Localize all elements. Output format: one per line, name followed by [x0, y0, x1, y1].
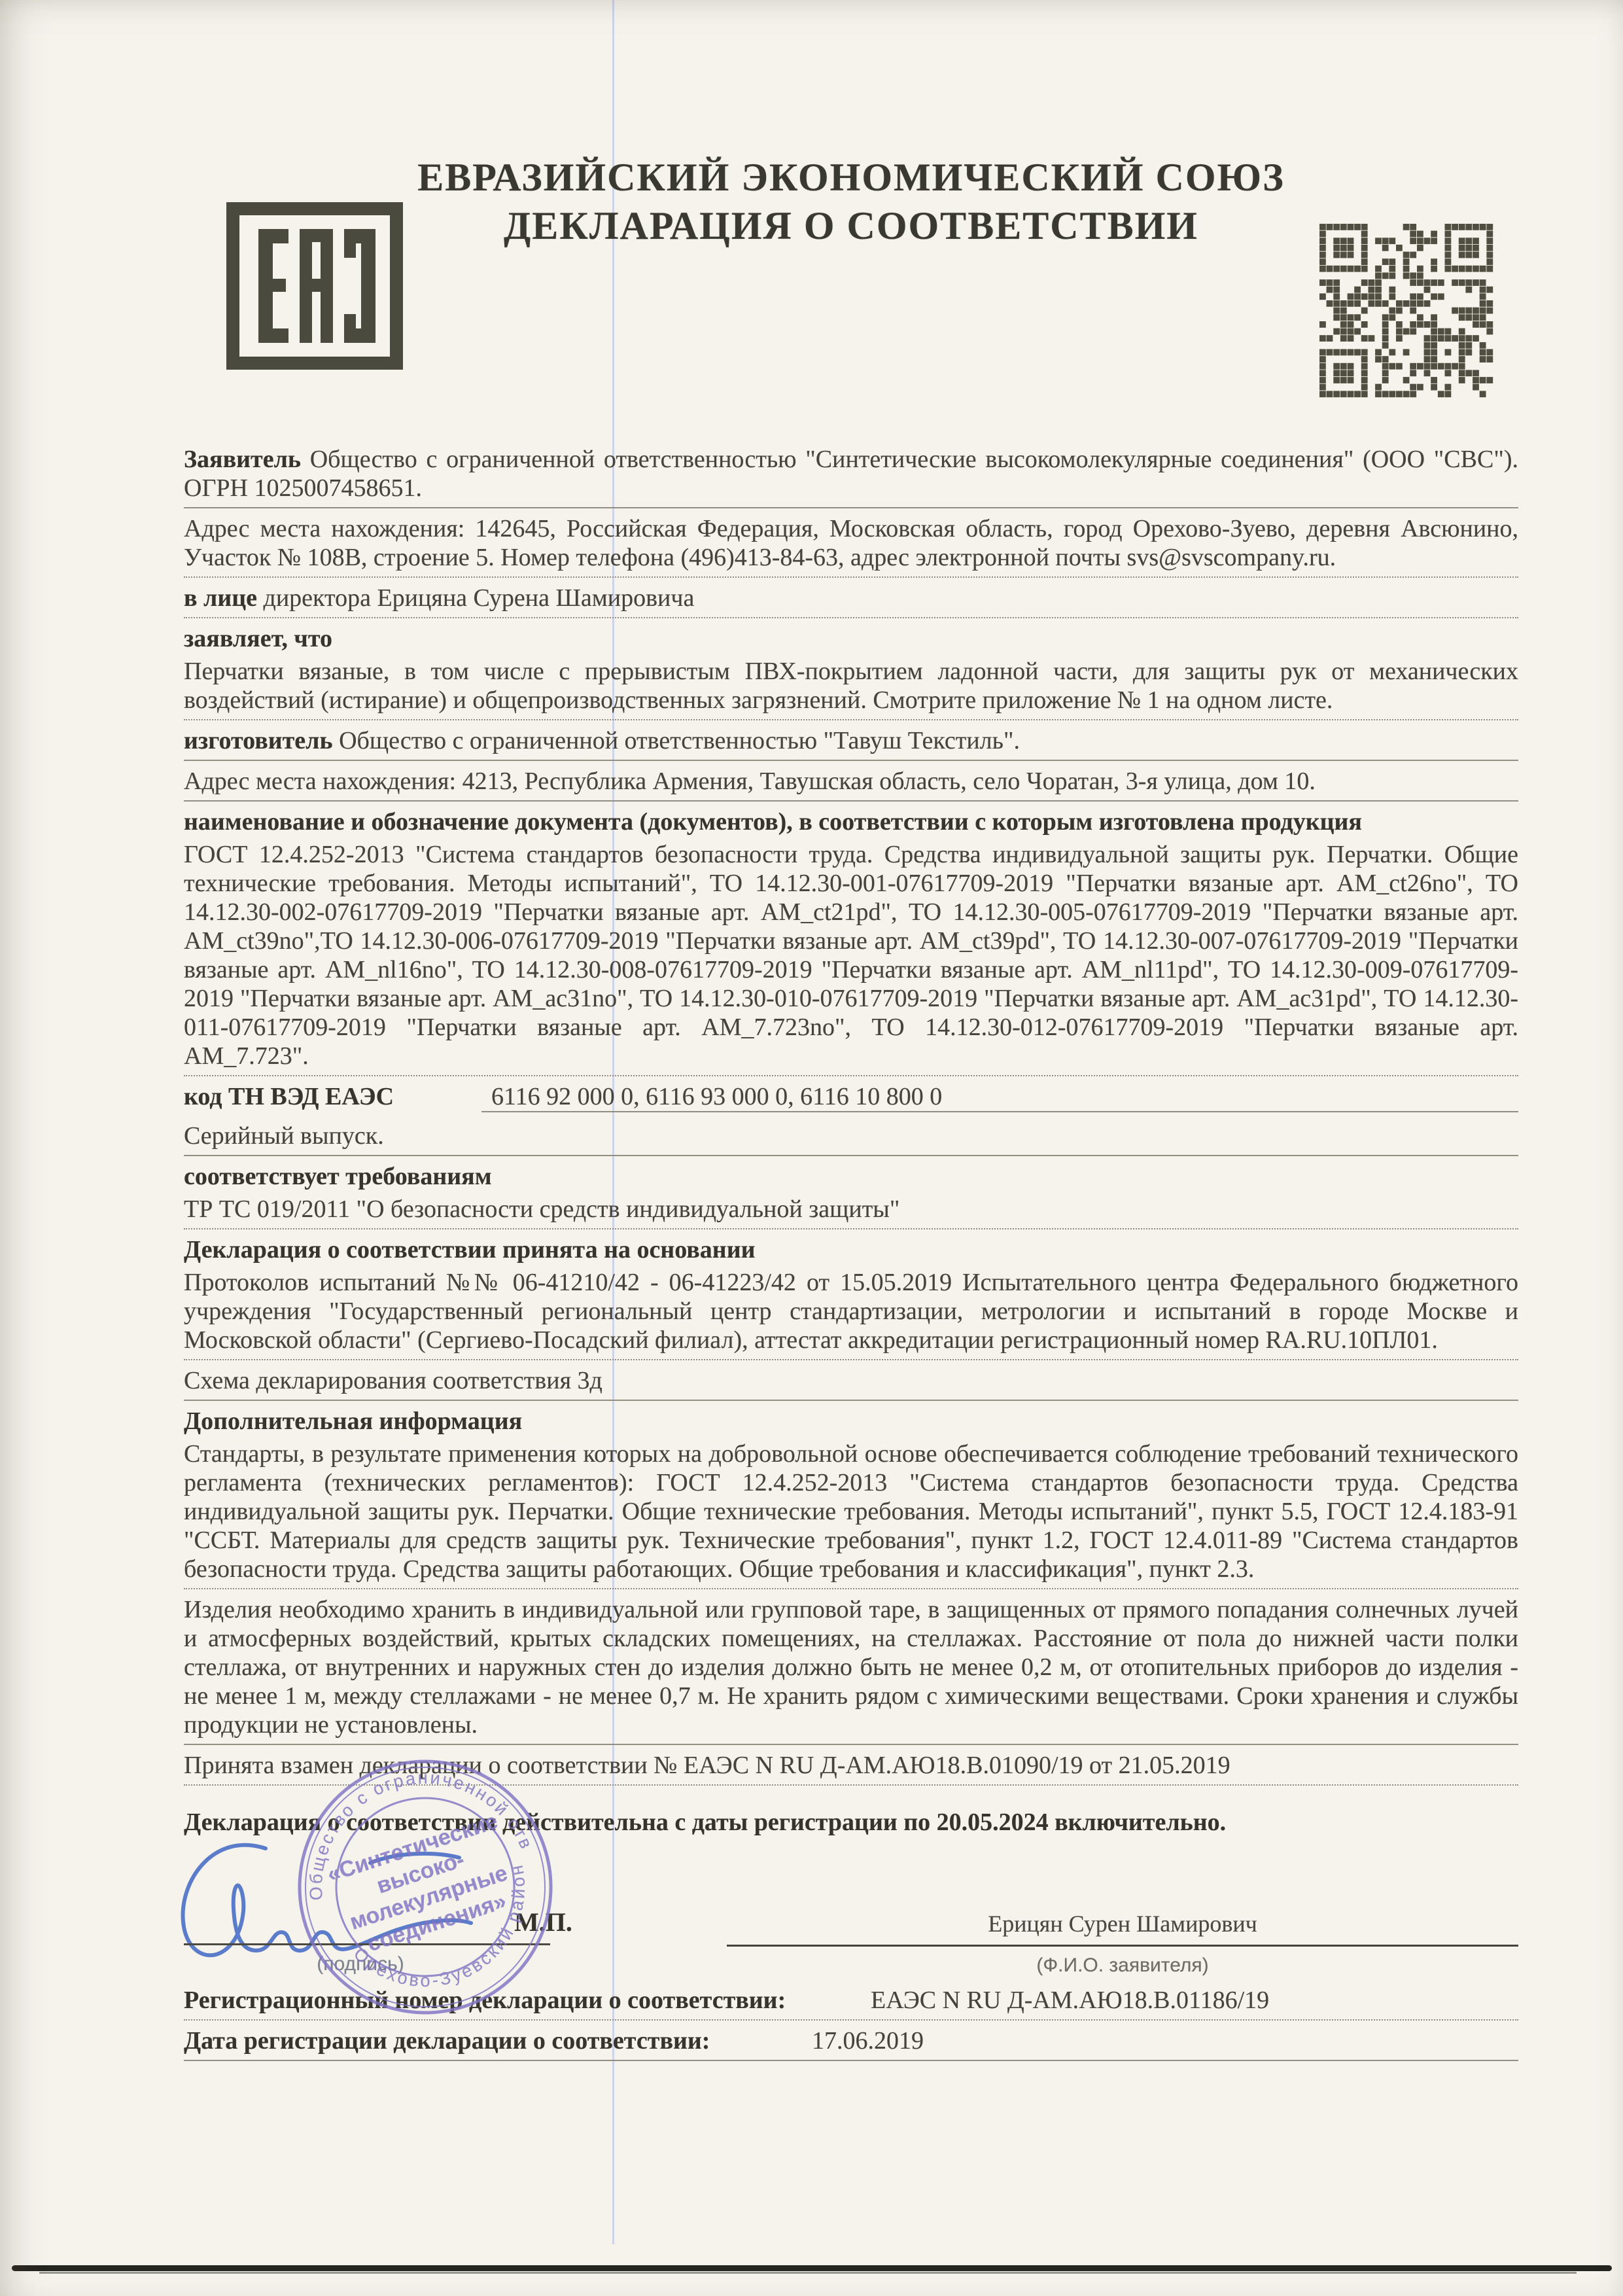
scan-edge-artifact: [12, 2265, 1612, 2271]
tnved-label: код ТН ВЭД ЕАЭС: [184, 1082, 491, 1111]
in-person-label: в лице: [184, 584, 257, 612]
storage-row: Изделия необходимо хранить в индивидуаль…: [184, 1595, 1518, 1745]
additional-header: Дополнительная информация: [184, 1407, 1518, 1437]
registration-number-label: Регистрационный номер декларации о соотв…: [184, 1986, 871, 2015]
signature-caption: (подпись): [262, 1950, 459, 1979]
conforms-text-row: ТР ТС 019/2011 "О безопасности средств и…: [184, 1195, 1518, 1229]
declares-header: заявляет, что: [184, 624, 1518, 654]
tnved-row: код ТН ВЭД ЕАЭС6116 92 000 0, 6116 93 00…: [184, 1082, 1518, 1116]
scan-edge-artifact-2: [39, 2272, 1577, 2274]
replaces-row: Принята взамен декларации о соответствии…: [184, 1751, 1518, 1786]
fio-caption: (Ф.И.О. заявителя): [727, 1951, 1518, 1980]
manufacturer-label: изготовитель: [184, 727, 333, 754]
registration-date-value: 17.06.2019: [812, 2027, 924, 2055]
product-row: Перчатки вязаные, в том числе с прерывис…: [184, 657, 1518, 720]
qr-code: [1319, 224, 1493, 398]
serial-row: Серийный выпуск.: [184, 1122, 1518, 1156]
applicant-fio: Ерицян Сурен Шамирович: [727, 1909, 1518, 1938]
manufacturer-row: изготовитель Общество с ограниченной отв…: [184, 726, 1518, 761]
manufacturer-address-row: Адрес места нахождения: 4213, Республика…: [184, 767, 1518, 802]
registration-number-value: ЕАЭС N RU Д-АМ.АЮ18.В.01186/19: [871, 1987, 1269, 2014]
title-line-1: ЕВРАЗИЙСКИЙ ЭКОНОМИЧЕСКИЙ СОЮЗ: [184, 156, 1518, 199]
scheme-row: Схема декларирования соответствия 3д: [184, 1366, 1518, 1401]
basis-header: Декларация о соответствии принята на осн…: [184, 1235, 1518, 1265]
tnved-underline: [481, 1111, 1518, 1112]
in-person-row: в лице директора Ерицяна Сурена Шамирови…: [184, 584, 1518, 618]
declaration-document: ЕВРАЗИЙСКИЙ ЭКОНОМИЧЕСКИЙ СОЮЗ ДЕКЛАРАЦИ…: [0, 0, 1623, 2296]
fio-line: [727, 1945, 1518, 1947]
conforms-header: соответствует требованиям: [184, 1162, 1518, 1192]
basis-text-row: Протоколов испытаний №№ 06-41210/42 - 06…: [184, 1268, 1518, 1360]
applicant-address-row: Адрес места нахождения: 142645, Российск…: [184, 514, 1518, 578]
applicant-label: Заявитель: [184, 446, 301, 473]
title-line-2: ДЕКЛАРАЦИЯ О СООТВЕТСТВИИ: [184, 204, 1518, 247]
document-title: ЕВРАЗИЙСКИЙ ЭКОНОМИЧЕСКИЙ СОЮЗ ДЕКЛАРАЦИ…: [184, 156, 1518, 247]
registration-date-row: Дата регистрации декларации о соответств…: [184, 2026, 1518, 2061]
signature-line: [184, 1943, 550, 1945]
tnved-value: 6116 92 000 0, 6116 93 000 0, 6116 10 80…: [491, 1083, 942, 1110]
registration-date-label: Дата регистрации декларации о соответств…: [184, 2026, 812, 2055]
document-body: Заявитель Общество с ограниченной ответс…: [184, 445, 1518, 2067]
applicant-text: Общество с ограниченной ответственностью…: [184, 446, 1518, 502]
additional-standards-row: Стандарты, в результате применения котор…: [184, 1439, 1518, 1589]
signature-block: (подпись) М.П. Ерицян Сурен Шамирович (Ф…: [184, 1845, 1518, 1986]
in-person-text: директора Ерицяна Сурена Шамировича: [257, 584, 694, 612]
applicant-row: Заявитель Общество с ограниченной ответс…: [184, 445, 1518, 508]
mp-label: М.П.: [514, 1908, 572, 1937]
registration-number-row: Регистрационный номер декларации о соотв…: [184, 1986, 1518, 2021]
docs-text-row: ГОСТ 12.4.252-2013 "Система стандартов б…: [184, 840, 1518, 1076]
manufacturer-text: Общество с ограниченной ответственностью…: [333, 727, 1020, 754]
docs-header: наименование и обозначение документа (до…: [184, 807, 1518, 838]
